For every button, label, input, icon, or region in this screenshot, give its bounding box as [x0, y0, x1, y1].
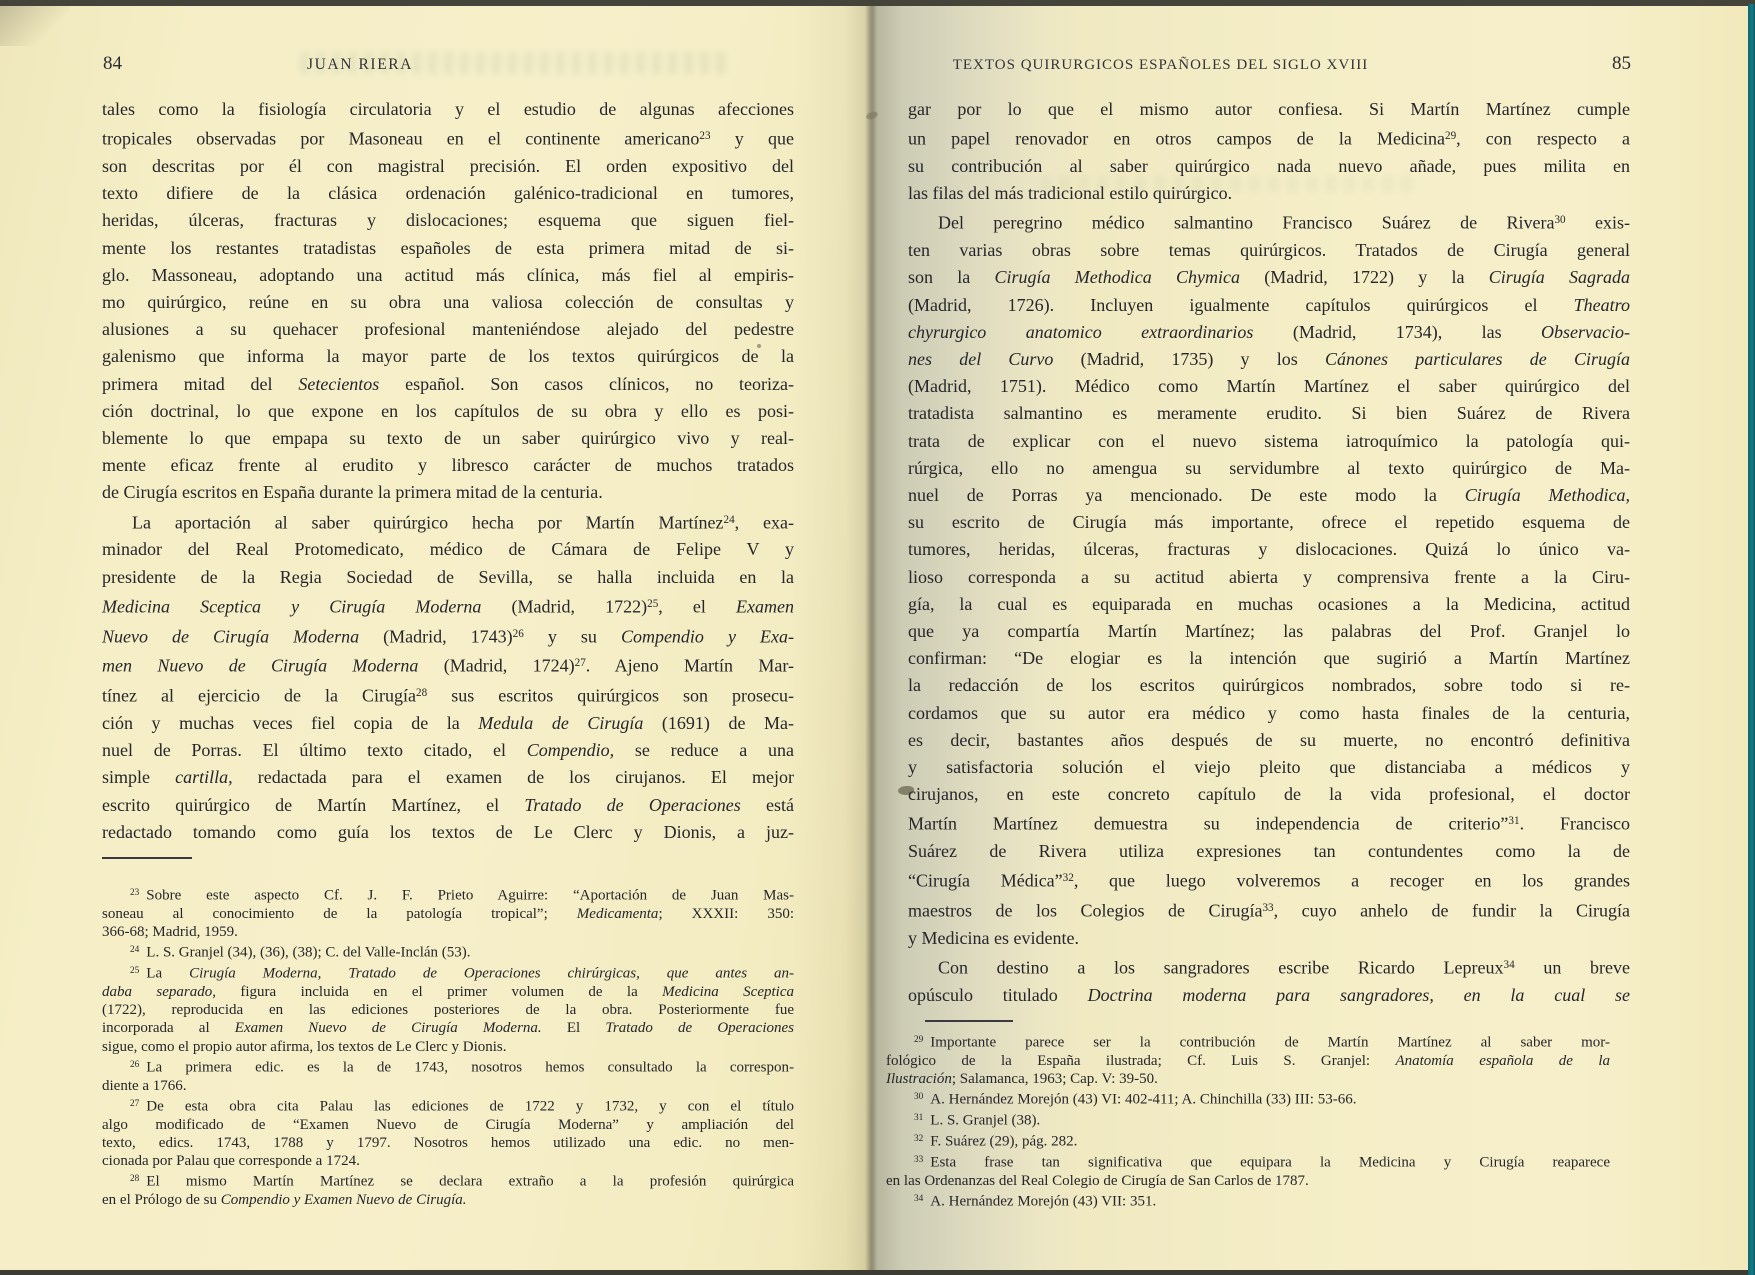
text-segment: tropicales observadas por Masoneau en el… — [102, 129, 699, 149]
footnote-ref: 29 — [1445, 130, 1456, 142]
footnote-ref: 24 — [723, 514, 734, 526]
text-line: (1722), reproducida en las ediciones pos… — [102, 1001, 794, 1019]
text-segment: (1722), reproducida en las ediciones pos… — [102, 1002, 794, 1018]
body-text-right: gar por lo que el mismo autor confiesa. … — [908, 96, 1630, 1009]
text-segment: , el — [658, 596, 736, 616]
italic-text: Ilustración — [886, 1071, 952, 1087]
text-segment: Suárez de Rivera utiliza expresiones tan… — [908, 841, 1630, 861]
book-scan: 84 JUAN RIERA tales como la fisiología c… — [0, 0, 1755, 1275]
text-line: Medicina Sceptica y Cirugía Moderna (Mad… — [102, 591, 794, 621]
text-line: cordamos que su autor era médico y como … — [908, 700, 1630, 727]
text-segment: las filas del más tradicional estilo qui… — [908, 183, 1232, 203]
text-line: es decir, bastantes años después de su m… — [908, 727, 1630, 754]
text-segment: nuel de Porras. El último texto citado, … — [102, 740, 527, 760]
text-segment: (Madrid, 1724) — [418, 656, 574, 676]
text-segment: exis- — [1566, 213, 1630, 233]
text-segment: primera mitad del — [102, 374, 298, 394]
text-line: simple cartilla, redactada para el exame… — [102, 764, 794, 791]
text-segment: (Madrid, 1722) — [481, 596, 647, 616]
text-segment: cionada por Palau que corresponde a 1724… — [102, 1153, 360, 1169]
text-segment: A. Hernández Morejón (43) VII: 351. — [930, 1193, 1156, 1209]
text-line: escrito quirúrgico de Martín Martínez, e… — [102, 792, 794, 819]
italic-text: nes del Curvo — [908, 349, 1053, 369]
text-segment: español. Son casos clínicos, no teoriza- — [379, 374, 794, 394]
footnote-ref: 25 — [130, 966, 139, 976]
page-number-left: 84 — [103, 53, 122, 75]
text-segment: ten varias obras sobre temas quirúrgicos… — [908, 240, 1630, 260]
text-segment: y Medicina es evidente. — [908, 928, 1079, 948]
text-line: lioso corresponda a su actitud abierta y… — [908, 564, 1630, 591]
corner-shadow — [0, 6, 70, 46]
italic-text: Medicina Sceptica y Cirugía Moderna — [102, 596, 481, 616]
text-line: sigue, como el propio autor afirma, los … — [102, 1038, 794, 1056]
text-segment: blemente lo que empapa su texto de un sa… — [102, 428, 794, 448]
text-segment: La — [146, 966, 189, 982]
italic-text: men Nuevo de Cirugía Moderna — [102, 656, 418, 676]
text-segment: escrito quirúrgico de Martín Martínez, e… — [102, 795, 524, 815]
text-segment: El mismo Martín Martínez se declara extr… — [146, 1174, 794, 1190]
footnote-ref: 32 — [1063, 872, 1074, 884]
footnote-ref: 33 — [914, 1155, 923, 1165]
text-line: (Madrid, 1751). Médico como Martín Martí… — [908, 373, 1630, 400]
text-line: su contribución al saber quirúrgico nada… — [908, 153, 1630, 180]
text-line: de Cirugía escritos en España durante la… — [102, 479, 794, 506]
page-number-right: 85 — [1612, 53, 1631, 75]
text-line: mo quirúrgico, reúne en su obra una vali… — [102, 289, 794, 316]
italic-text: Medicina Sceptica — [662, 984, 794, 1000]
footnote-ref: 30 — [1554, 214, 1565, 226]
text-segment: , que luego volveremos a recoger en los … — [1074, 871, 1630, 891]
text-line: ción y muchas veces fiel copia de la Med… — [102, 710, 794, 737]
running-header-left: JUAN RIERA — [205, 56, 515, 74]
text-segment: en el Prólogo de su — [102, 1192, 221, 1208]
text-line: trata de explicar con el nuevo sistema i… — [908, 428, 1630, 455]
text-line: blemente lo que empapa su texto de un sa… — [102, 425, 794, 452]
text-line: 27De esta obra cita Palau las ediciones … — [102, 1095, 794, 1116]
text-line: tales como la fisiología circulatoria y … — [102, 96, 794, 123]
italic-text: Observacio- — [1541, 322, 1630, 342]
text-segment: (Madrid, 1735) y los — [1053, 349, 1325, 369]
text-segment: La primera edic. es la de 1743, nosotros… — [146, 1059, 794, 1075]
text-line: 34A. Hernández Morejón (43) VII: 351. — [886, 1190, 1610, 1211]
text-segment: (Madrid, 1734), las — [1253, 322, 1541, 342]
text-line: en el Prólogo de su Compendio y Examen N… — [102, 1191, 794, 1209]
text-segment: “Cirugía Médica” — [908, 871, 1063, 891]
text-segment: gar por lo que el mismo autor confiesa. … — [908, 99, 1630, 119]
text-line: son la Cirugía Methodica Chymica (Madrid… — [908, 264, 1630, 291]
text-line: rúrgica, ello no amengua su servidumbre … — [908, 455, 1630, 482]
text-segment: heridas, úlceras, fracturas y dislocacio… — [102, 210, 794, 230]
italic-text: Tratado de Operaciones — [524, 795, 740, 815]
text-segment: opúsculo titulado — [908, 985, 1088, 1005]
text-segment: son la — [908, 267, 995, 287]
text-line: algo modificado de “Examen Nuevo de Ciru… — [102, 1116, 794, 1134]
text-line: tínez al ejercicio de la Cirugía28 sus e… — [102, 680, 794, 710]
text-line: nuel de Porras. El último texto citado, … — [102, 737, 794, 764]
text-segment: , cuyo anhelo de fundir la Cirugía — [1274, 901, 1630, 921]
text-line: un papel renovador en otros campos de la… — [908, 123, 1630, 153]
text-segment: (Madrid, 1743) — [359, 626, 513, 646]
text-segment: su contribución al saber quirúrgico nada… — [908, 156, 1630, 176]
italic-text: Cirugía Moderna, Tratado de Operaciones … — [189, 966, 794, 982]
text-line: 33Esta frase tan significativa que equip… — [886, 1151, 1610, 1172]
text-line: 24L. S. Granjel (34), (36), (38); C. del… — [102, 941, 794, 962]
footnote-ref: 31 — [1508, 815, 1519, 827]
italic-text: Cánones particulares de Cirugía — [1325, 349, 1630, 369]
text-segment: un papel renovador en otros campos de la… — [908, 129, 1445, 149]
text-line: 32F. Suárez (29), pág. 282. — [886, 1130, 1610, 1151]
text-segment: Martín Martínez demuestra su independenc… — [908, 814, 1508, 834]
text-line: 28El mismo Martín Martínez se declara ex… — [102, 1170, 794, 1191]
footnote-ref: 32 — [914, 1134, 923, 1144]
text-line: en las Ordenanzas del Real Colegio de Ci… — [886, 1172, 1610, 1190]
text-segment: rúrgica, ello no amengua su servidumbre … — [908, 458, 1630, 478]
text-segment: . Francisco — [1520, 814, 1630, 834]
text-segment: Del peregrino médico salmantino Francisc… — [938, 213, 1554, 233]
text-segment: (Madrid, 1751). Médico como Martín Martí… — [908, 376, 1630, 396]
text-segment: tínez al ejercicio de la Cirugía — [102, 686, 416, 706]
text-line: men Nuevo de Cirugía Moderna (Madrid, 17… — [102, 650, 794, 680]
text-line: tratadista salmantino es meramente erudi… — [908, 400, 1630, 427]
text-segment: galenismo que informa la mayor parte de … — [102, 346, 794, 366]
text-line: 26La primera edic. es la de 1743, nosotr… — [102, 1056, 794, 1077]
footnote-ref: 29 — [914, 1035, 923, 1045]
text-segment: mente eficaz frente al erudito y libresc… — [102, 455, 794, 475]
italic-text: chyrurgico anatomico extraordinarios — [908, 322, 1253, 342]
italic-text: Cirugía Sagrada — [1489, 267, 1630, 287]
footnote-ref: 31 — [914, 1113, 923, 1123]
footnote-ref: 34 — [1504, 959, 1515, 971]
text-line: ción doctrinal, lo que expone en los cap… — [102, 398, 794, 425]
footnotes-left: 23Sobre este aspecto Cf. J. F. Prieto Ag… — [102, 884, 794, 1209]
text-line: y satisfactoria solución el viejo pleito… — [908, 754, 1630, 781]
italic-text: Tratado de Operaciones — [605, 1020, 794, 1036]
text-line: glo. Massoneau, adoptando una actitud má… — [102, 262, 794, 289]
text-line: Martín Martínez demuestra su independenc… — [908, 808, 1630, 838]
text-segment: 366-68; Madrid, 1959. — [102, 924, 238, 940]
scanner-edge-bottom — [0, 1270, 1755, 1275]
text-segment: ción y muchas veces fiel copia de la — [102, 713, 478, 733]
italic-text: Cirugía Methodica Chymica — [995, 267, 1240, 287]
text-segment: ; Salamanca, 1963; Cap. V: 39-50. — [952, 1071, 1158, 1087]
body-text-left: tales como la fisiología circulatoria y … — [102, 96, 794, 846]
text-line: Con destino a los sangradores escribe Ri… — [908, 952, 1630, 982]
text-line: gar por lo que el mismo autor confiesa. … — [908, 96, 1630, 123]
text-segment: cirujanos, en este concreto capítulo de … — [908, 784, 1630, 804]
text-segment: ; XXXII: 350: — [658, 906, 794, 922]
italic-text: Theatro — [1574, 295, 1630, 315]
text-segment: sus escritos quirúrgicos son prosecu- — [427, 686, 794, 706]
text-segment: Importante parece ser la contribución de… — [930, 1035, 1610, 1051]
text-segment: nuel de Porras ya mencionado. De este mo… — [908, 485, 1465, 505]
text-segment: (1691) de Ma- — [643, 713, 794, 733]
text-line: confirman: “De elogiar es la intención q… — [908, 645, 1630, 672]
text-segment: alusiones a su quehacer profesional mant… — [102, 319, 794, 339]
footnote-rule-right — [925, 1020, 1013, 1022]
footnote-rule-left — [102, 857, 192, 859]
footnote-ref: 30 — [914, 1092, 923, 1102]
text-line: tumores, heridas, úlceras, fracturas y d… — [908, 536, 1630, 563]
text-segment: diente a 1766. — [102, 1078, 187, 1094]
italic-text: Cirugía Methodica, — [1465, 485, 1630, 505]
text-line: las filas del más tradicional estilo qui… — [908, 180, 1630, 207]
text-segment: sigue, como el propio autor afirma, los … — [102, 1039, 507, 1055]
italic-text: Nuevo de Cirugía Moderna — [102, 626, 359, 646]
footnote-ref: 26 — [130, 1060, 139, 1070]
footnote-ref: 27 — [575, 657, 586, 669]
text-segment: y satisfactoria solución el viejo pleito… — [908, 757, 1630, 777]
text-line: cionada por Palau que corresponde a 1724… — [102, 1152, 794, 1170]
running-header-right: TEXTOS QUIRURGICOS ESPAÑOLES DEL SIGLO X… — [908, 57, 1413, 74]
text-line: que ya compartía Martín Martínez; las pa… — [908, 618, 1630, 645]
italic-text: Compendio y Exa- — [621, 626, 794, 646]
text-line: “Cirugía Médica”32, que luego volveremos… — [908, 865, 1630, 895]
text-segment: se reduce a una — [614, 740, 794, 760]
text-line: gía, la cual es equiparada en muchas oca… — [908, 591, 1630, 618]
text-segment: redactado tomando como guía los textos d… — [102, 822, 794, 842]
text-line: 30A. Hernández Morejón (43) VI: 402-411;… — [886, 1088, 1610, 1109]
text-line: cirujanos, en este concreto capítulo de … — [908, 781, 1630, 808]
text-segment: L. S. Granjel (34), (36), (38); C. del V… — [146, 945, 470, 961]
text-line: su escrito de Cirugía más importante, of… — [908, 509, 1630, 536]
text-line: y Medicina es evidente. — [908, 925, 1630, 952]
text-segment: está — [741, 795, 794, 815]
text-line: heridas, úlceras, fracturas y dislocacio… — [102, 207, 794, 234]
text-segment: mente los restantes tratadistas españole… — [102, 238, 794, 258]
text-segment: La aportación al saber quirúrgico hecha … — [132, 512, 723, 532]
text-segment: su escrito de Cirugía más importante, of… — [908, 512, 1630, 532]
text-line: La aportación al saber quirúrgico hecha … — [102, 507, 794, 537]
text-segment: F. Suárez (29), pág. 282. — [930, 1134, 1077, 1150]
text-line: tropicales observadas por Masoneau en el… — [102, 123, 794, 153]
text-line: fológico de la España ilustrada; Cf. Lui… — [886, 1052, 1610, 1070]
text-line: chyrurgico anatomico extraordinarios (Ma… — [908, 319, 1630, 346]
text-line: Del peregrino médico salmantino Francisc… — [908, 207, 1630, 237]
text-line: mente los restantes tratadistas españole… — [102, 235, 794, 262]
text-segment: y su — [524, 626, 621, 646]
italic-text: Compendio y Examen Nuevo de Cirugía. — [221, 1192, 467, 1208]
text-line: redactado tomando como guía los textos d… — [102, 819, 794, 846]
text-segment: fológico de la España ilustrada; Cf. Lui… — [886, 1053, 1395, 1069]
text-segment: , exa- — [735, 512, 794, 532]
footnote-ref: 25 — [647, 598, 658, 610]
text-segment: glo. Massoneau, adoptando una actitud má… — [102, 265, 794, 285]
text-segment: Esta frase tan significativa que equipar… — [930, 1154, 1610, 1170]
footnote-ref: 27 — [130, 1099, 139, 1109]
text-segment: trata de explicar con el nuevo sistema i… — [908, 431, 1630, 451]
text-line: son descritas por él con magistral preci… — [102, 153, 794, 180]
text-segment: un breve — [1515, 958, 1630, 978]
text-segment: confirman: “De elogiar es la intención q… — [908, 648, 1630, 668]
text-segment: texto difiere de la clásica ordenación g… — [102, 183, 794, 203]
text-segment: soneau al conocimiento de la patología t… — [102, 906, 577, 922]
text-segment: gía, la cual es equiparada en muchas oca… — [908, 594, 1630, 614]
text-line: nuel de Porras ya mencionado. De este mo… — [908, 482, 1630, 509]
text-segment: El — [542, 1020, 606, 1036]
text-line: alusiones a su quehacer profesional mant… — [102, 316, 794, 343]
italic-text: cartilla, — [175, 767, 233, 787]
text-segment: cordamos que su autor era médico y como … — [908, 703, 1630, 723]
text-segment: figura incluida en el primer volumen de … — [216, 984, 662, 1000]
text-segment: es decir, bastantes años después de su m… — [908, 730, 1630, 750]
italic-text: Medula de Cirugía — [478, 713, 643, 733]
text-segment: algo modificado de “Examen Nuevo de Ciru… — [102, 1117, 794, 1133]
text-segment: texto, edics. 1743, 1788 y 1797. Nosotro… — [102, 1135, 794, 1151]
text-line: primera mitad del Setecientos español. S… — [102, 371, 794, 398]
text-line: daba separado, figura incluida en el pri… — [102, 983, 794, 1001]
text-line: diente a 1766. — [102, 1077, 794, 1095]
text-segment: ción doctrinal, lo que expone en los cap… — [102, 401, 794, 421]
text-line: incorporada al Examen Nuevo de Cirugía M… — [102, 1019, 794, 1037]
text-segment: (Madrid, 1726). Incluyen igualmente capí… — [908, 295, 1574, 315]
text-segment: incorporada al — [102, 1020, 235, 1036]
text-segment: Con destino a los sangradores escribe Ri… — [938, 958, 1504, 978]
text-segment: redactada para el examen de los cirujano… — [233, 767, 794, 787]
footnote-ref: 23 — [699, 130, 710, 142]
text-segment: simple — [102, 767, 175, 787]
text-segment: presidente de la Regia Sociedad de Sevil… — [102, 567, 794, 587]
text-line: 23Sobre este aspecto Cf. J. F. Prieto Ag… — [102, 884, 794, 905]
text-segment: Sobre este aspecto Cf. J. F. Prieto Agui… — [146, 888, 794, 904]
text-line: Ilustración; Salamanca, 1963; Cap. V: 39… — [886, 1070, 1610, 1088]
text-line: Suárez de Rivera utiliza expresiones tan… — [908, 838, 1630, 865]
text-segment: A. Hernández Morejón (43) VI: 402-411; A… — [930, 1092, 1356, 1108]
text-line: 29Importante parece ser la contribución … — [886, 1031, 1610, 1052]
text-segment: tratadista salmantino es meramente erudi… — [908, 403, 1630, 423]
footnote-ref: 26 — [513, 628, 524, 640]
scanner-edge-right — [1748, 4, 1755, 1275]
text-line: 25La Cirugía Moderna, Tratado de Operaci… — [102, 962, 794, 983]
footnote-ref: 34 — [914, 1194, 923, 1204]
text-segment: (Madrid, 1722) y la — [1240, 267, 1489, 287]
text-segment: . Ajeno Martín Mar- — [586, 656, 794, 676]
text-line: presidente de la Regia Sociedad de Sevil… — [102, 564, 794, 591]
italic-text: Medicamenta — [577, 906, 659, 922]
text-segment: L. S. Granjel (38). — [930, 1113, 1040, 1129]
italic-text: Doctrina moderna para sangradores, en la… — [1088, 985, 1630, 1005]
text-segment: en las Ordenanzas del Real Colegio de Ci… — [886, 1173, 1309, 1189]
text-line: texto difiere de la clásica ordenación g… — [102, 180, 794, 207]
footnote-ref: 33 — [1262, 902, 1273, 914]
text-line: 31L. S. Granjel (38). — [886, 1109, 1610, 1130]
footnote-ref: 24 — [130, 945, 139, 955]
text-line: minador del Real Protomedicato, médico d… — [102, 536, 794, 563]
italic-text: Setecientos — [298, 374, 379, 394]
italic-text: Examen — [736, 596, 794, 616]
text-line: opúsculo titulado Doctrina moderna para … — [908, 982, 1630, 1009]
text-segment: la redacción de los escritos quirúrgicos… — [908, 675, 1630, 695]
text-line: soneau al conocimiento de la patología t… — [102, 905, 794, 923]
text-line: ten varias obras sobre temas quirúrgicos… — [908, 237, 1630, 264]
footnote-ref: 28 — [130, 1174, 139, 1184]
footnote-ref: 28 — [416, 687, 427, 699]
text-segment: maestros de los Colegios de Cirugía — [908, 901, 1262, 921]
italic-text: daba separado, — [102, 984, 216, 1000]
footnotes-right: 29Importante parece ser la contribución … — [886, 1031, 1610, 1211]
text-segment: y que — [711, 129, 794, 149]
scanner-edge-top — [0, 0, 1755, 6]
italic-text: Examen Nuevo de Cirugía Moderna. — [235, 1020, 542, 1036]
text-line: la redacción de los escritos quirúrgicos… — [908, 672, 1630, 699]
text-segment: mo quirúrgico, reúne en su obra una vali… — [102, 292, 794, 312]
text-segment: tumores, heridas, úlceras, fracturas y d… — [908, 539, 1630, 559]
italic-text: Compendio, — [527, 740, 615, 760]
text-segment: que ya compartía Martín Martínez; las pa… — [908, 621, 1630, 641]
text-segment: , con respecto a — [1456, 129, 1630, 149]
text-segment: lioso corresponda a su actitud abierta y… — [908, 567, 1630, 587]
text-segment: minador del Real Protomedicato, médico d… — [102, 539, 794, 559]
text-line: mente eficaz frente al erudito y libresc… — [102, 452, 794, 479]
footnote-ref: 23 — [130, 888, 139, 898]
text-line: nes del Curvo (Madrid, 1735) y los Cánon… — [908, 346, 1630, 373]
text-line: galenismo que informa la mayor parte de … — [102, 343, 794, 370]
text-segment: de Cirugía escritos en España durante la… — [102, 482, 603, 502]
text-line: (Madrid, 1726). Incluyen igualmente capí… — [908, 292, 1630, 319]
italic-text: Anatomía española de la — [1395, 1053, 1610, 1069]
text-line: maestros de los Colegios de Cirugía33, c… — [908, 895, 1630, 925]
text-line: Nuevo de Cirugía Moderna (Madrid, 1743)2… — [102, 621, 794, 651]
text-segment: tales como la fisiología circulatoria y … — [102, 99, 794, 119]
text-line: texto, edics. 1743, 1788 y 1797. Nosotro… — [102, 1134, 794, 1152]
text-segment: son descritas por él con magistral preci… — [102, 156, 794, 176]
text-segment: De esta obra cita Palau las ediciones de… — [146, 1098, 794, 1114]
text-line: 366-68; Madrid, 1959. — [102, 923, 794, 941]
